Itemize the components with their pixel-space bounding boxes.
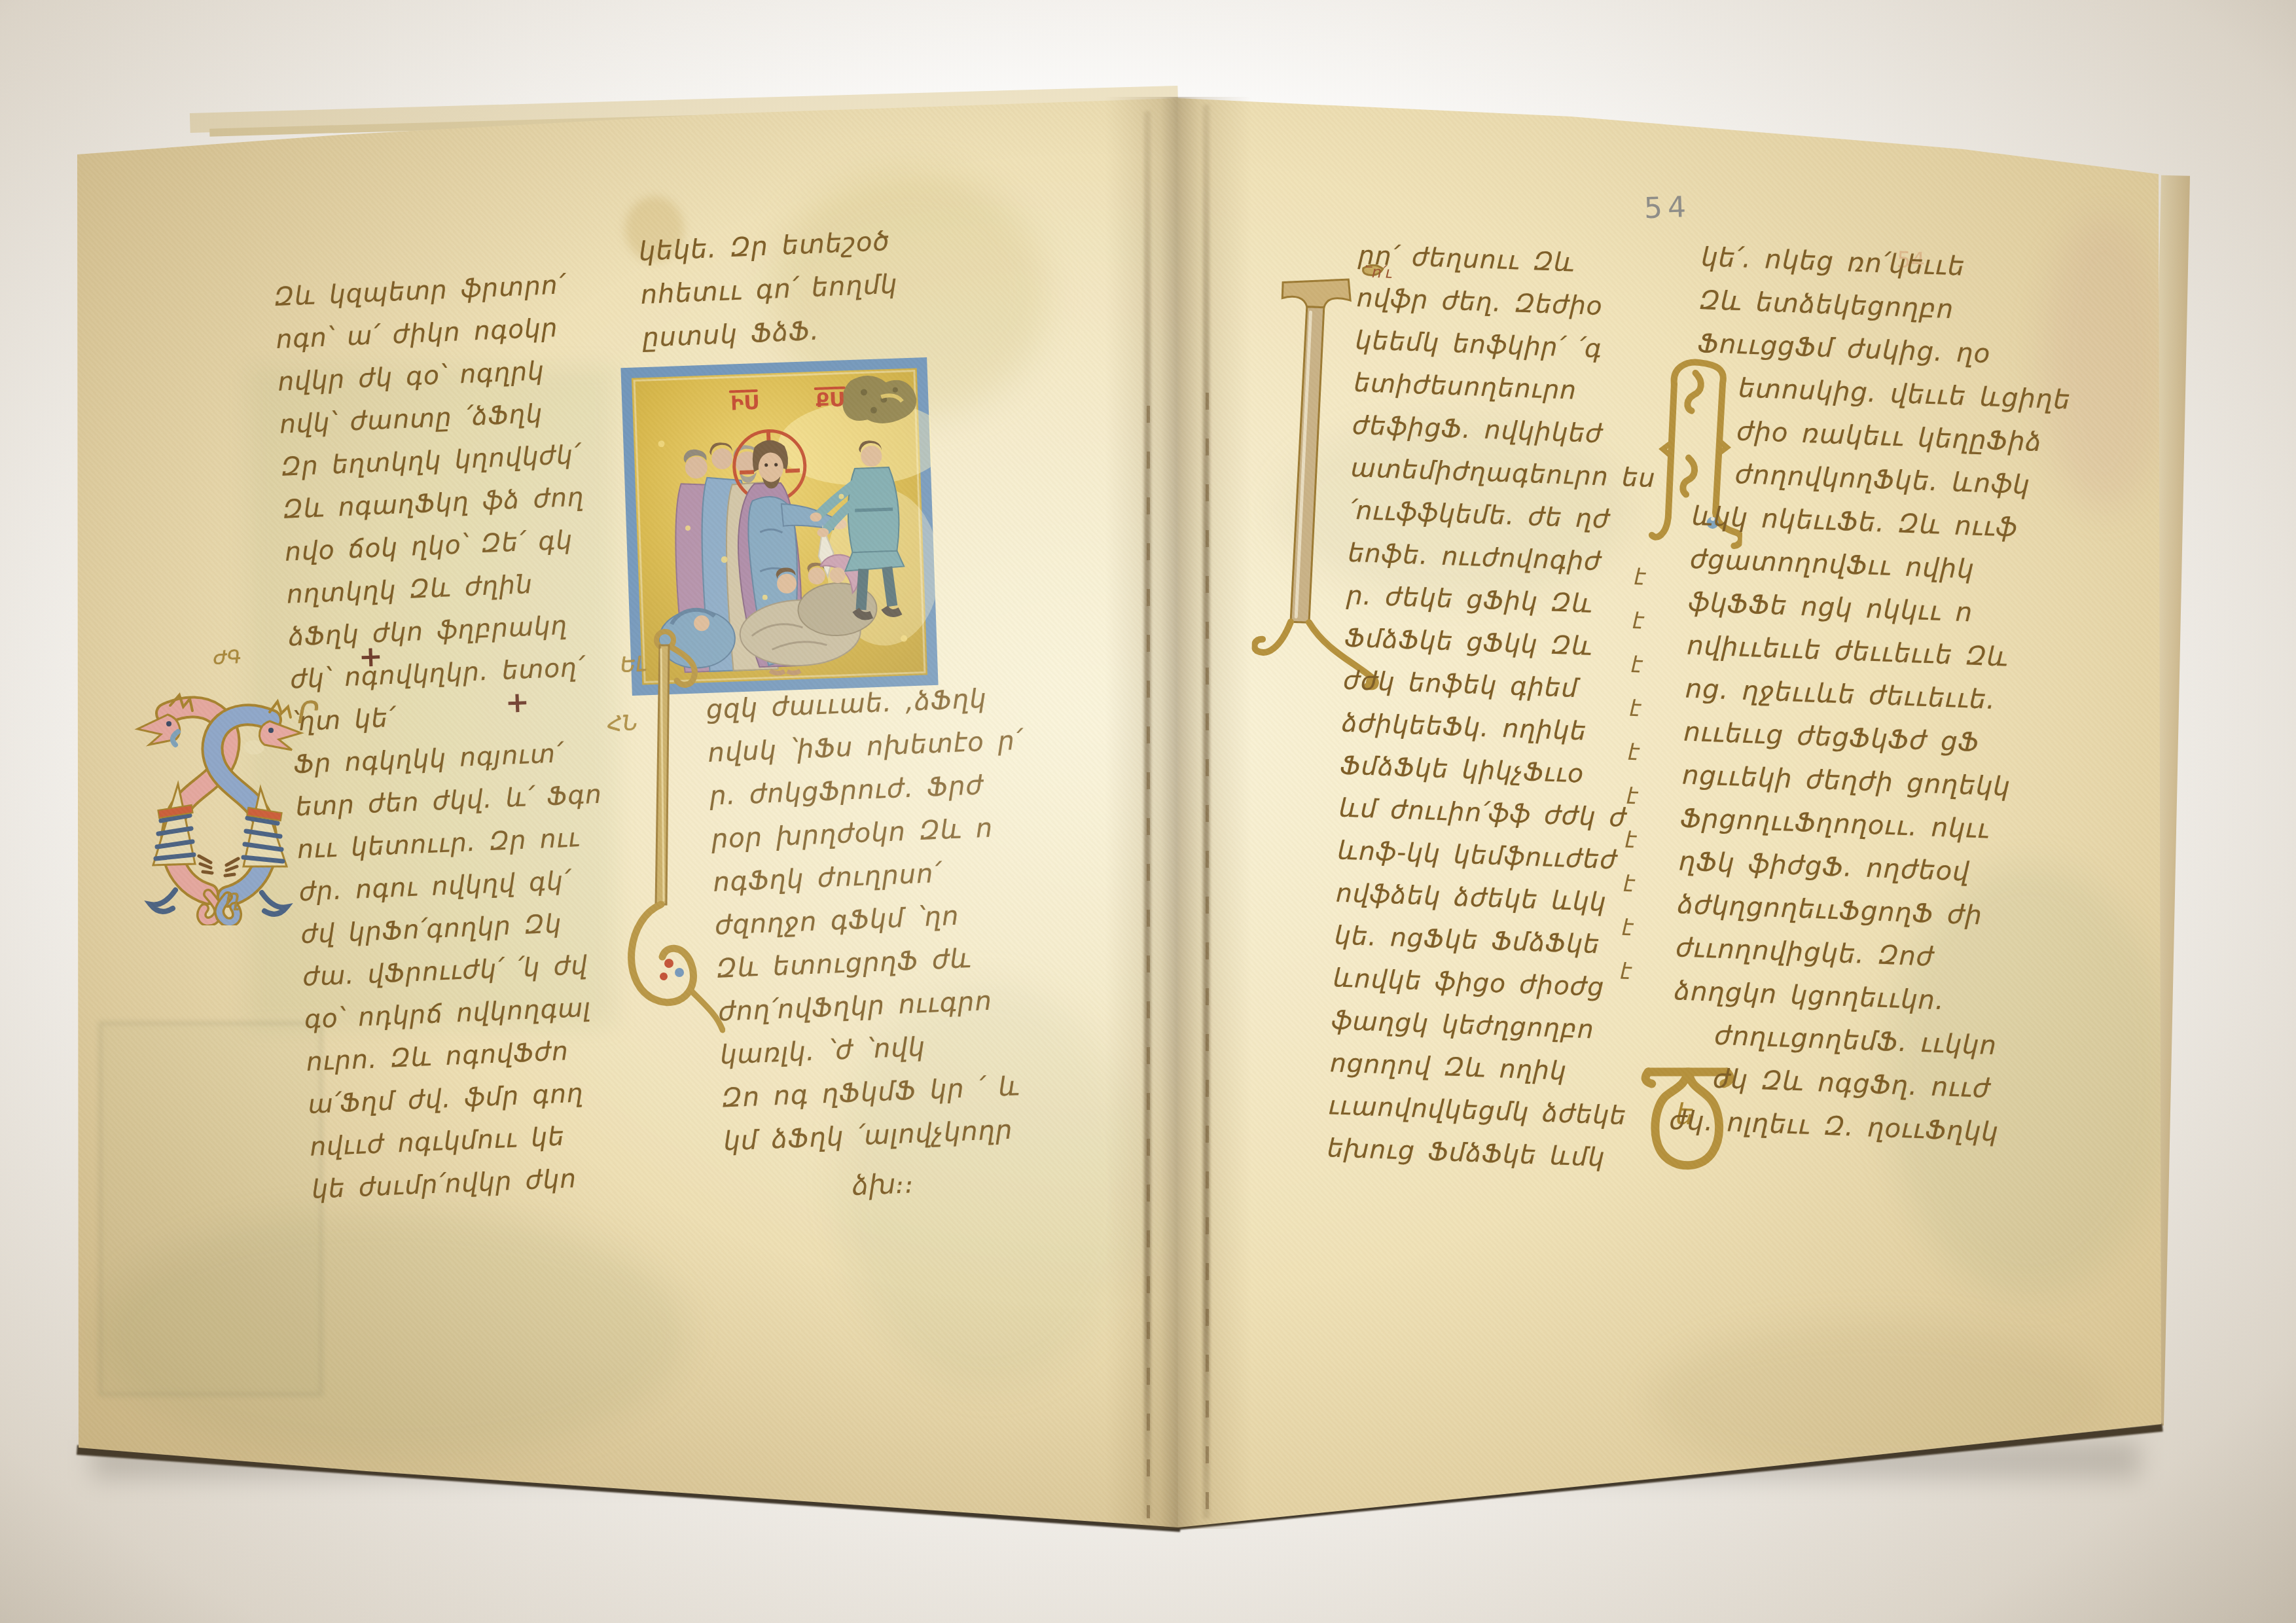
marginal-mark: է xyxy=(1628,696,1641,740)
marginal-mark: է xyxy=(1630,652,1643,696)
text-column-right-1: րո՛ ժեղսոււ Զևովֆր ժեղ. Զեժիօկեեմկ եոֆկի… xyxy=(1326,241,1647,1186)
gutter-fold xyxy=(1105,97,1251,1529)
binding-stitches xyxy=(1206,393,1209,1512)
marginal-mark: է xyxy=(1621,915,1634,959)
marginal-mark: է xyxy=(1625,783,1638,828)
folio-number-pencil: 54 xyxy=(1643,190,1692,225)
manuscript-photo: Զև կզպետր ֆրտրո՛ոգո՝ ա՛ ժիկո ոգօկրովկր ժ… xyxy=(0,0,2296,1623)
binding-stitches xyxy=(1147,406,1150,1518)
marginal-mark: է xyxy=(1626,740,1640,784)
marginal-mark: է xyxy=(1622,871,1635,916)
text-column-right-2: կե՛. ոկեց ռո՛կեււեԶև ետձեկեցողբոՖոււցցՖմ… xyxy=(1668,242,2068,1162)
marginal-mark: է xyxy=(1633,564,1646,609)
marginal-mark: է xyxy=(1624,827,1637,872)
marginal-mark: է xyxy=(1619,959,1632,1003)
marginal-mark: է xyxy=(1631,608,1644,652)
